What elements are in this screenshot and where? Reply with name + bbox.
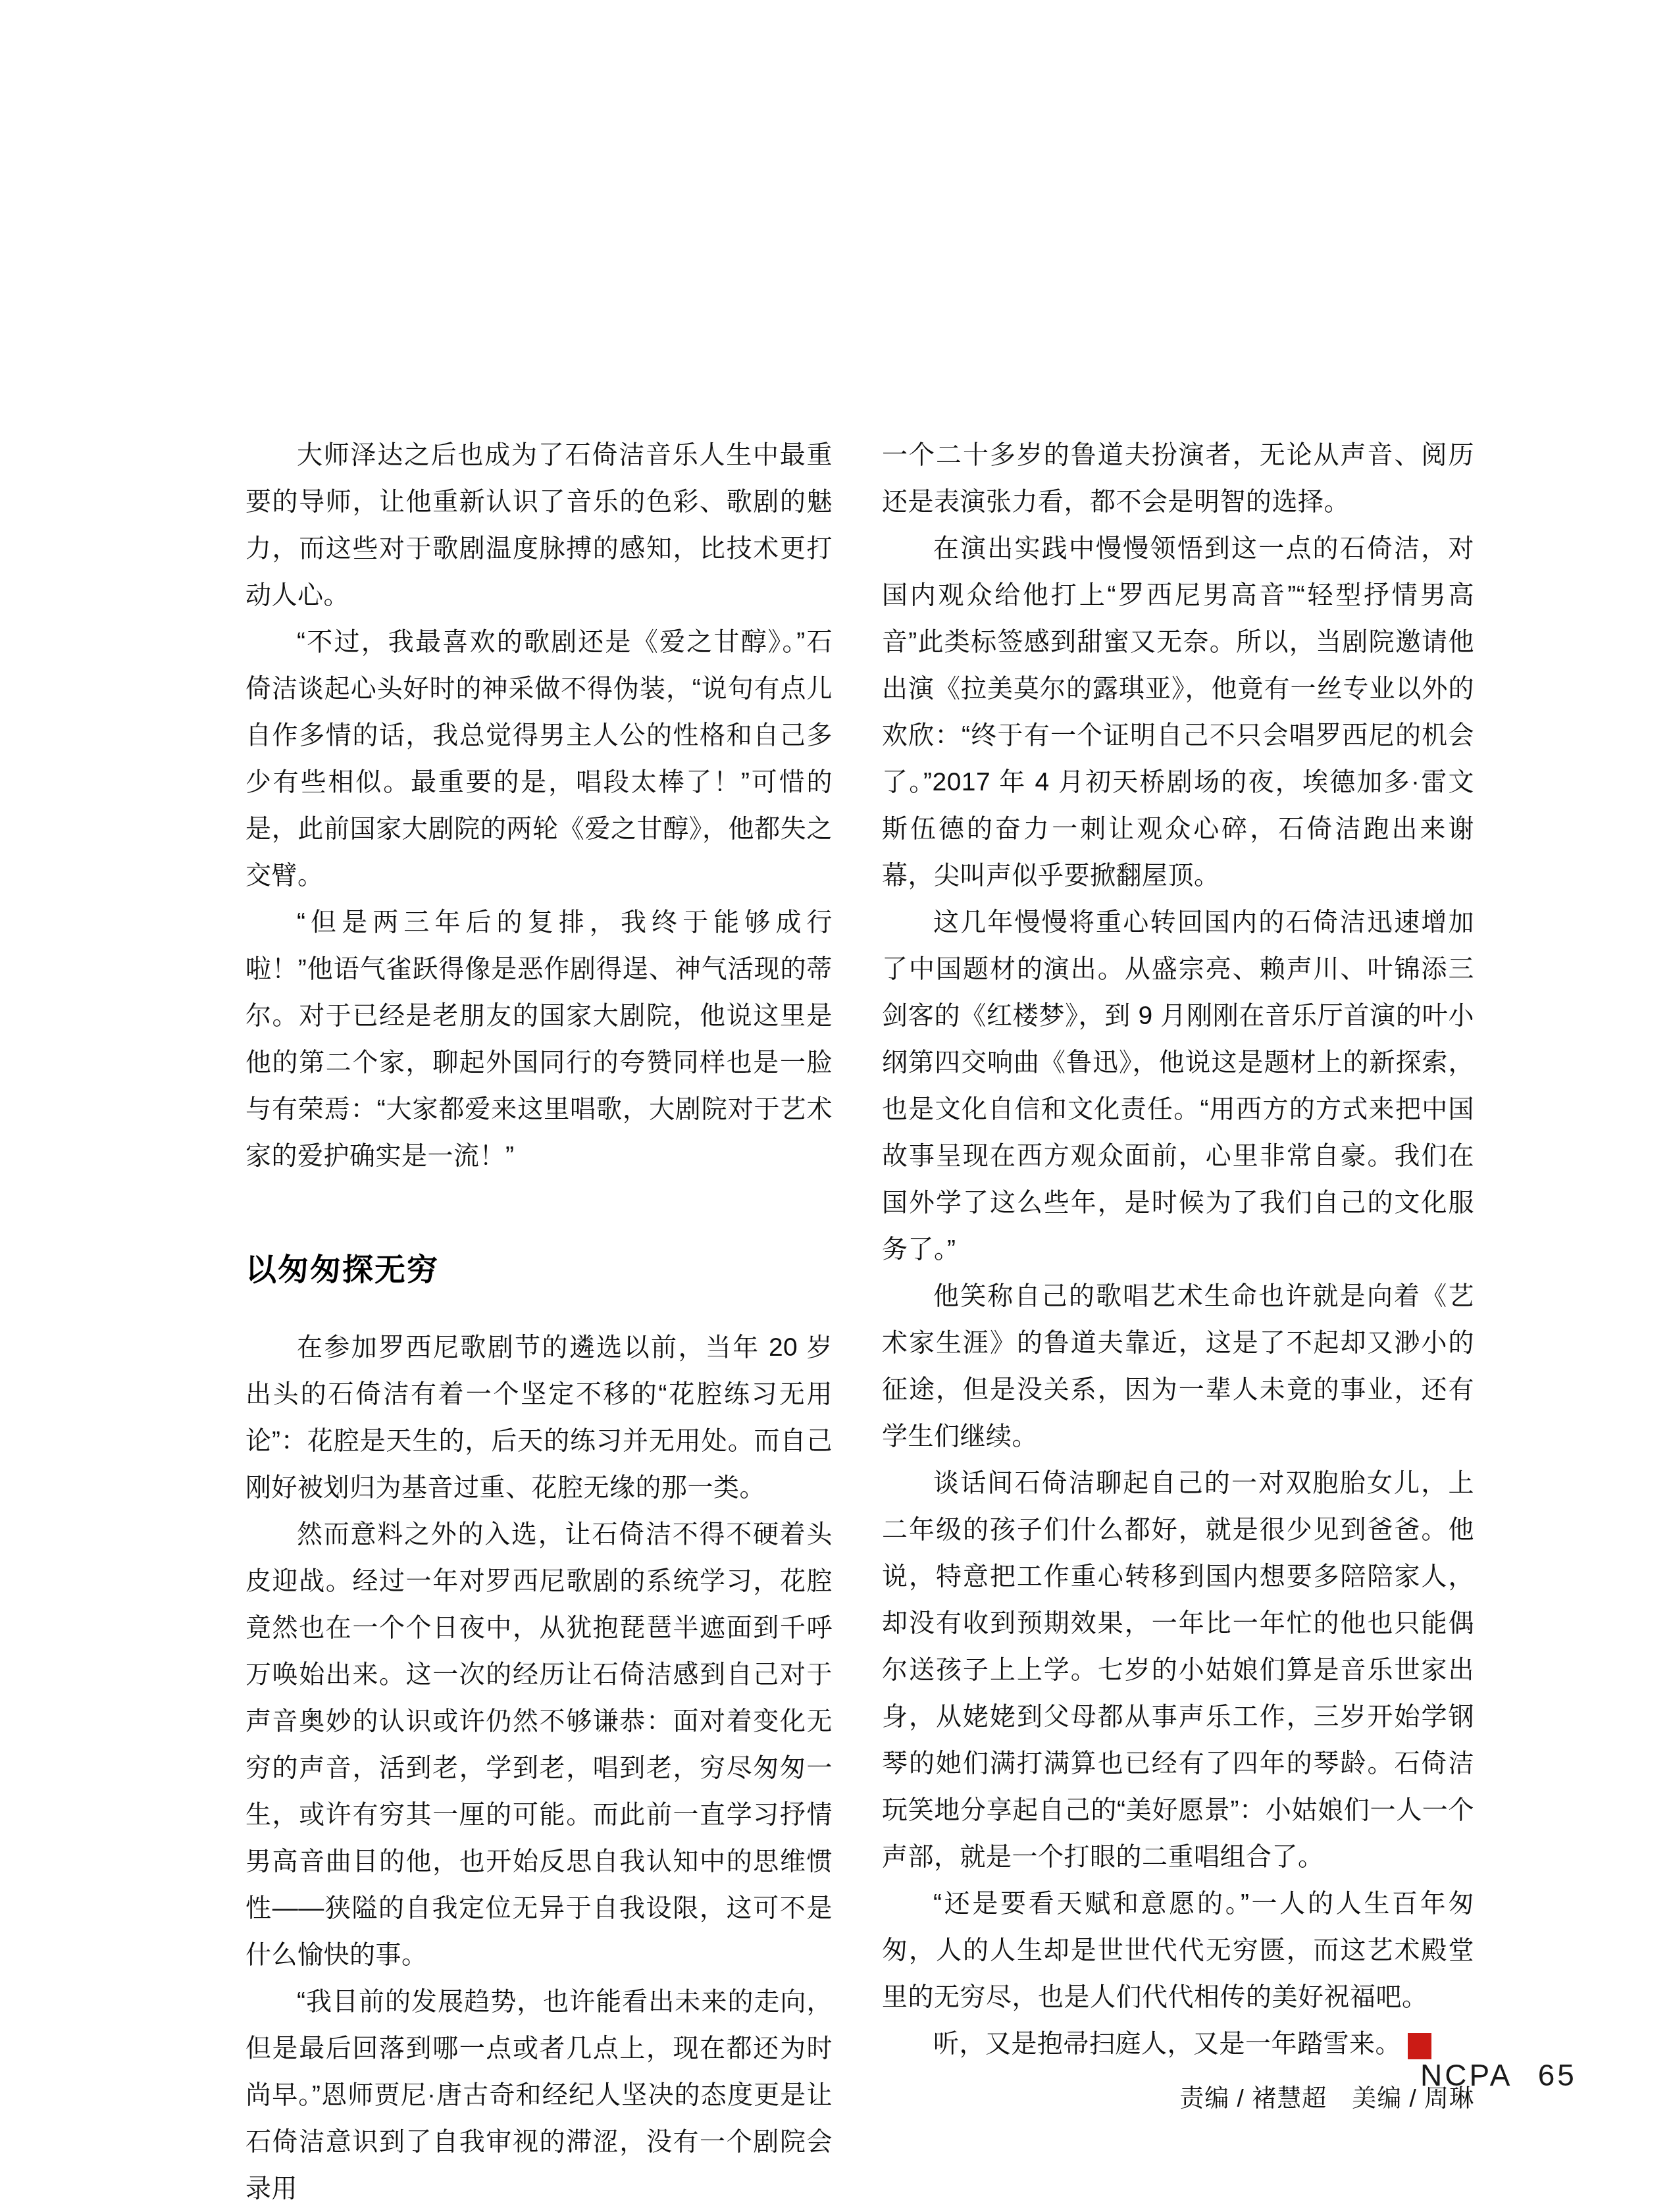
- magazine-page: 大师泽达之后也成为了石倚洁音乐人生中最重要的导师，让他重新认识了音乐的色彩、歌剧…: [0, 0, 1671, 2176]
- paragraph: 谈话间石倚洁聊起自己的一对双胞胎女儿，上二年级的孩子们什么都好，就是很少见到爸爸…: [882, 1460, 1474, 1880]
- paragraph: “但是两三年后的复排，我终于能够成行啦！”他语气雀跃得像是恶作剧得逞、神气活现的…: [245, 899, 833, 1179]
- closing-line-text: 听，又是抱帚扫庭人，又是一年踏雪来。: [933, 2030, 1401, 2058]
- paragraph: “不过，我最喜欢的歌剧还是《爱之甘醇》。”石倚洁谈起心头好时的神采做不得伪装，“…: [245, 619, 833, 899]
- closing-paragraph: 听，又是抱帚扫庭人，又是一年踏雪来。NCPA: [882, 2020, 1474, 2067]
- paragraph: 他笑称自己的歌唱艺术生命也许就是向着《艺术家生涯》的鲁道夫靠近，这是了不起却又渺…: [882, 1273, 1474, 1460]
- paragraph: 然而意料之外的入选，让石倚洁不得不硬着头皮迎战。经过一年对罗西尼歌剧的系统学习，…: [245, 1511, 833, 1978]
- paragraph: “我目前的发展趋势，也许能看出未来的走向，但是最后回落到哪一点或者几点上，现在都…: [245, 1978, 833, 2212]
- ncpa-seal-line2: PA: [1408, 2045, 1431, 2058]
- paragraph: “还是要看天赋和意愿的。”一人的人生百年匆匆，人的人生却是世世代代无穷匮，而这艺…: [882, 1880, 1474, 2020]
- paragraph: 这几年慢慢将重心转回国内的石倚洁迅速增加了中国题材的演出。从盛宗亮、赖声川、叶锦…: [882, 899, 1474, 1273]
- ncpa-seal-line1: NC: [1408, 2033, 1431, 2045]
- continuation-paragraph: 一个二十多岁的鲁道夫扮演者，无论从声音、阅历还是表演张力看，都不会是明智的选择。: [882, 432, 1474, 525]
- section-heading: 以匆匆探无穷: [245, 1249, 833, 1290]
- paragraph: 大师泽达之后也成为了石倚洁音乐人生中最重要的导师，让他重新认识了音乐的色彩、歌剧…: [245, 432, 833, 619]
- ncpa-seal-icon: NCPA: [1408, 2033, 1431, 2059]
- right-column: 一个二十多岁的鲁道夫扮演者，无论从声音、阅历还是表演张力看，都不会是明智的选择。…: [882, 432, 1474, 2115]
- page-number: NCPA 65: [1420, 2059, 1577, 2092]
- left-column: 大师泽达之后也成为了石倚洁音乐人生中最重要的导师，让他重新认识了音乐的色彩、歌剧…: [245, 432, 833, 2212]
- editor-credits: 责编 / 褚慧超 美编 / 周琳: [882, 2083, 1474, 2115]
- paragraph: 在参加罗西尼歌剧节的遴选以前，当年 20 岁出头的石倚洁有着一个坚定不移的“花腔…: [245, 1324, 833, 1511]
- paragraph: 在演出实践中慢慢领悟到这一点的石倚洁，对国内观众给他打上“罗西尼男高音”“轻型抒…: [882, 525, 1474, 899]
